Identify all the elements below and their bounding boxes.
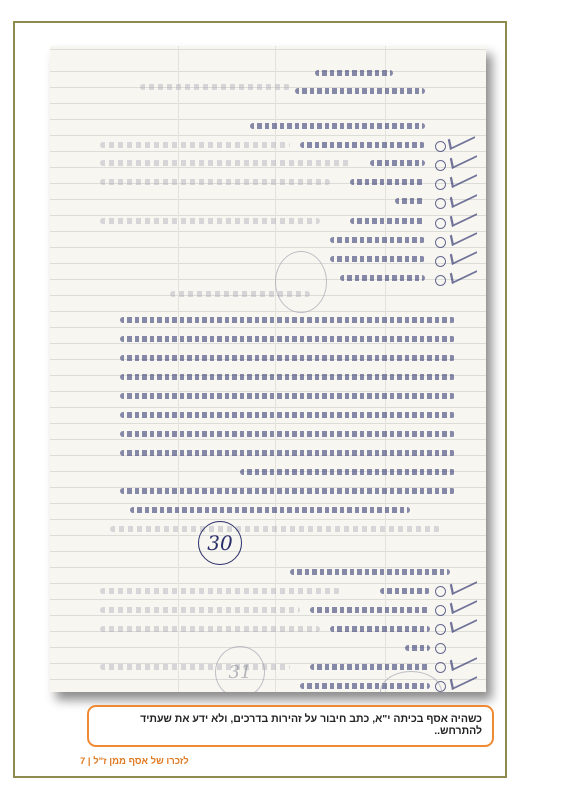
faint-text: [100, 218, 320, 224]
pencil-grade-circle: 31: [215, 646, 265, 692]
faint-text: [100, 607, 300, 613]
handwritten-line: [340, 275, 425, 281]
handwritten-line: [330, 237, 425, 243]
handwritten-line: [290, 569, 450, 575]
grade-circle: 30: [198, 521, 242, 565]
handwritten-line: [120, 317, 455, 323]
pencil-circle-mark: [275, 251, 327, 313]
caption-text: כשהיה אסף בכיתה י"א, כתב חיבור על זהירות…: [99, 713, 482, 737]
faint-text: [100, 588, 340, 594]
caption-box: כשהיה אסף בכיתה י"א, כתב חיבור על זהירות…: [87, 705, 494, 747]
handwritten-line: [300, 142, 425, 148]
faint-text: [100, 626, 320, 632]
handwritten-line: [330, 256, 425, 262]
faint-text: [100, 179, 330, 185]
number-circle: [435, 643, 446, 654]
handwritten-line: [240, 469, 455, 475]
number-circle: [435, 624, 446, 635]
faint-text: [170, 291, 310, 297]
scanned-handwritten-page: 30 31: [50, 46, 486, 692]
handwritten-header: [315, 70, 393, 76]
number-circle: [435, 237, 446, 248]
handwritten-line: [250, 123, 425, 129]
handwritten-line: [120, 431, 455, 437]
number-circle: [435, 586, 446, 597]
handwritten-line: [350, 218, 425, 224]
faint-text: [140, 84, 290, 90]
handwritten-line: [120, 412, 455, 418]
faint-text: [100, 142, 290, 148]
number-circle: [435, 198, 446, 209]
handwritten-line: [405, 645, 430, 651]
grade-value: 31: [229, 662, 252, 683]
number-circle: [435, 218, 446, 229]
number-circle: [435, 662, 446, 673]
handwritten-line: [380, 588, 430, 594]
number-circle: [435, 275, 446, 286]
number-circle: [435, 256, 446, 267]
handwritten-line: [310, 607, 430, 613]
number-circle: [435, 605, 446, 616]
page-footer: לזכרו של אסף ממן ז"ל | 7: [80, 756, 189, 767]
handwritten-line: [120, 336, 455, 342]
number-circle: [435, 160, 446, 171]
number-circle: [435, 141, 446, 152]
handwritten-line: [330, 626, 430, 632]
handwritten-line: [310, 664, 430, 670]
handwritten-line: [120, 374, 455, 380]
faint-text: [110, 526, 440, 532]
handwritten-line: [120, 450, 455, 456]
handwritten-line: [120, 488, 455, 494]
number-circle: [435, 179, 446, 190]
handwritten-line: [120, 393, 455, 399]
grade-value: 30: [207, 531, 232, 555]
handwritten-line: [295, 88, 425, 94]
handwritten-line: [350, 179, 425, 185]
handwritten-line: [370, 160, 425, 166]
handwritten-line: [120, 355, 455, 361]
handwritten-line: [130, 507, 410, 513]
faint-text: [100, 160, 350, 166]
handwritten-line: [395, 198, 425, 204]
